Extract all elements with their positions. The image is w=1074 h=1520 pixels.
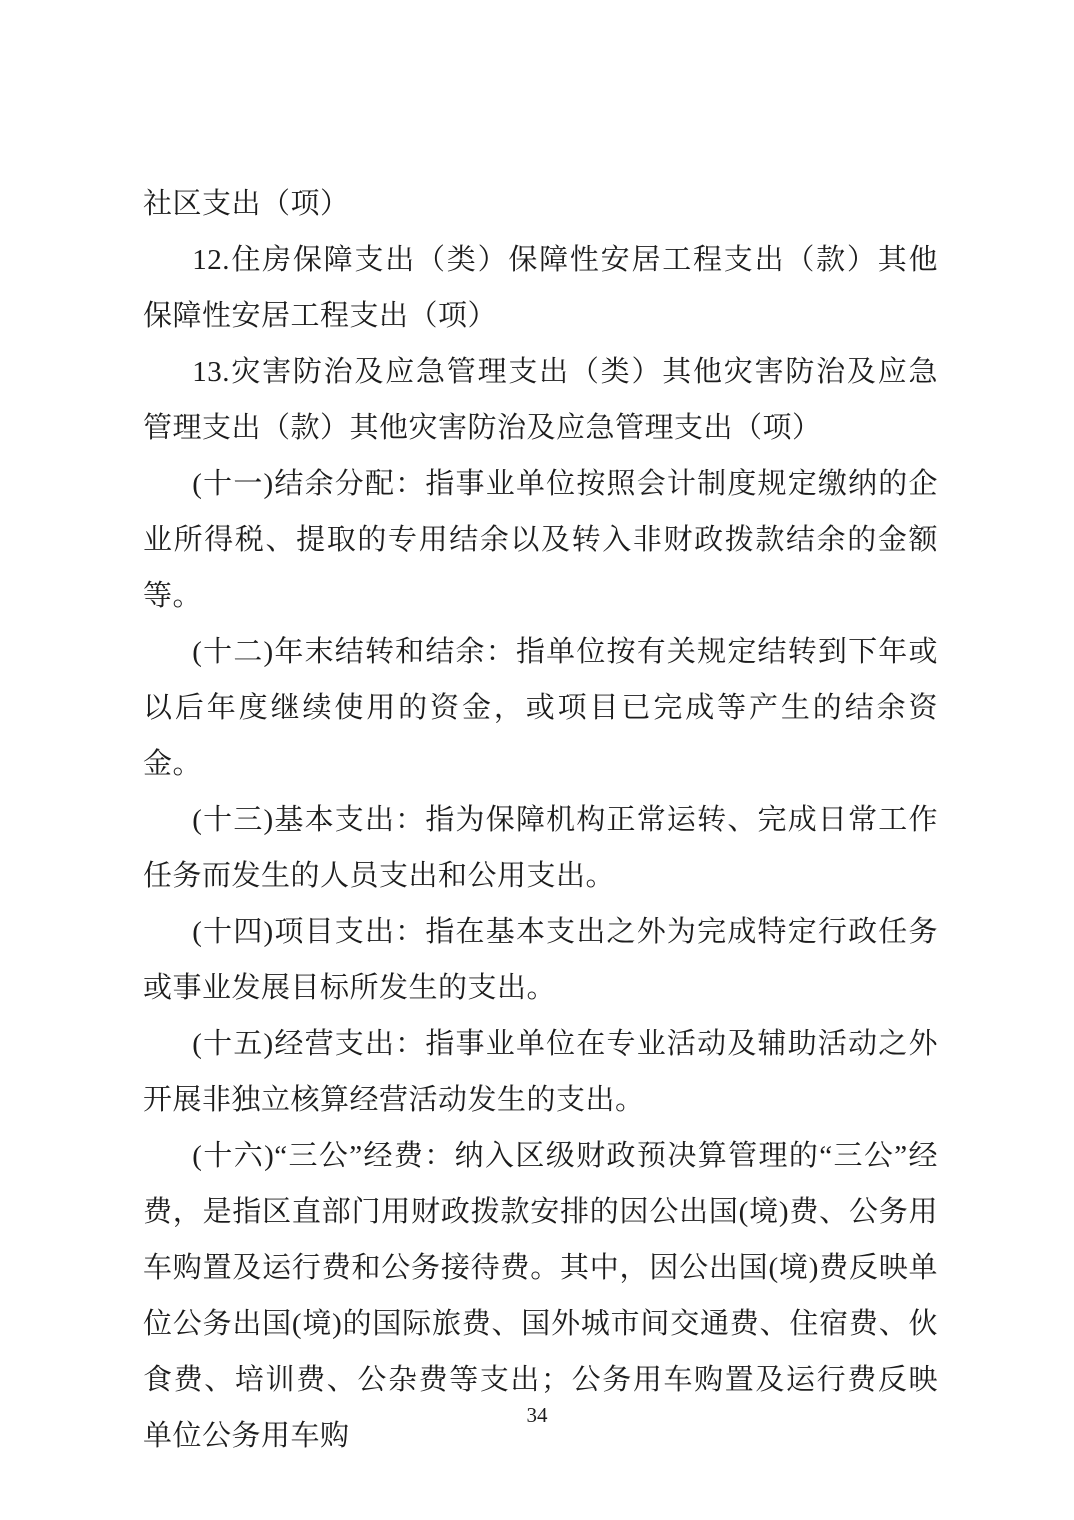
paragraph-term-13-basic-expenditure: (十三)基本支出：指为保障机构正常运转、完成日常工作任务而发生的人员支出和公用支… [143, 792, 938, 904]
paragraph-item-12-housing: 12.住房保障支出（类）保障性安居工程支出（款）其他保障性安居工程支出（项） [143, 232, 938, 344]
paragraph-term-14-project-expenditure: (十四)项目支出：指在基本支出之外为完成特定行政任务或事业发展目标所发生的支出。 [143, 904, 938, 1016]
document-page: 社区支出（项） 12.住房保障支出（类）保障性安居工程支出（款）其他保障性安居工… [0, 0, 1074, 1520]
page-number: 34 [0, 1402, 1074, 1428]
document-body: 社区支出（项） 12.住房保障支出（类）保障性安居工程支出（款）其他保障性安居工… [143, 176, 938, 1464]
paragraph-item-13-disaster: 13.灾害防治及应急管理支出（类）其他灾害防治及应急管理支出（款）其他灾害防治及… [143, 344, 938, 456]
paragraph-community-expenditure: 社区支出（项） [143, 176, 938, 232]
paragraph-term-12-year-end-carryover: (十二)年末结转和结余：指单位按有关规定结转到下年或以后年度继续使用的资金，或项… [143, 624, 938, 792]
paragraph-term-15-operating-expenditure: (十五)经营支出：指事业单位在专业活动及辅助活动之外开展非独立核算经营活动发生的… [143, 1016, 938, 1128]
paragraph-term-11-surplus-distribution: (十一)结余分配：指事业单位按照会计制度规定缴纳的企业所得税、提取的专用结余以及… [143, 456, 938, 624]
